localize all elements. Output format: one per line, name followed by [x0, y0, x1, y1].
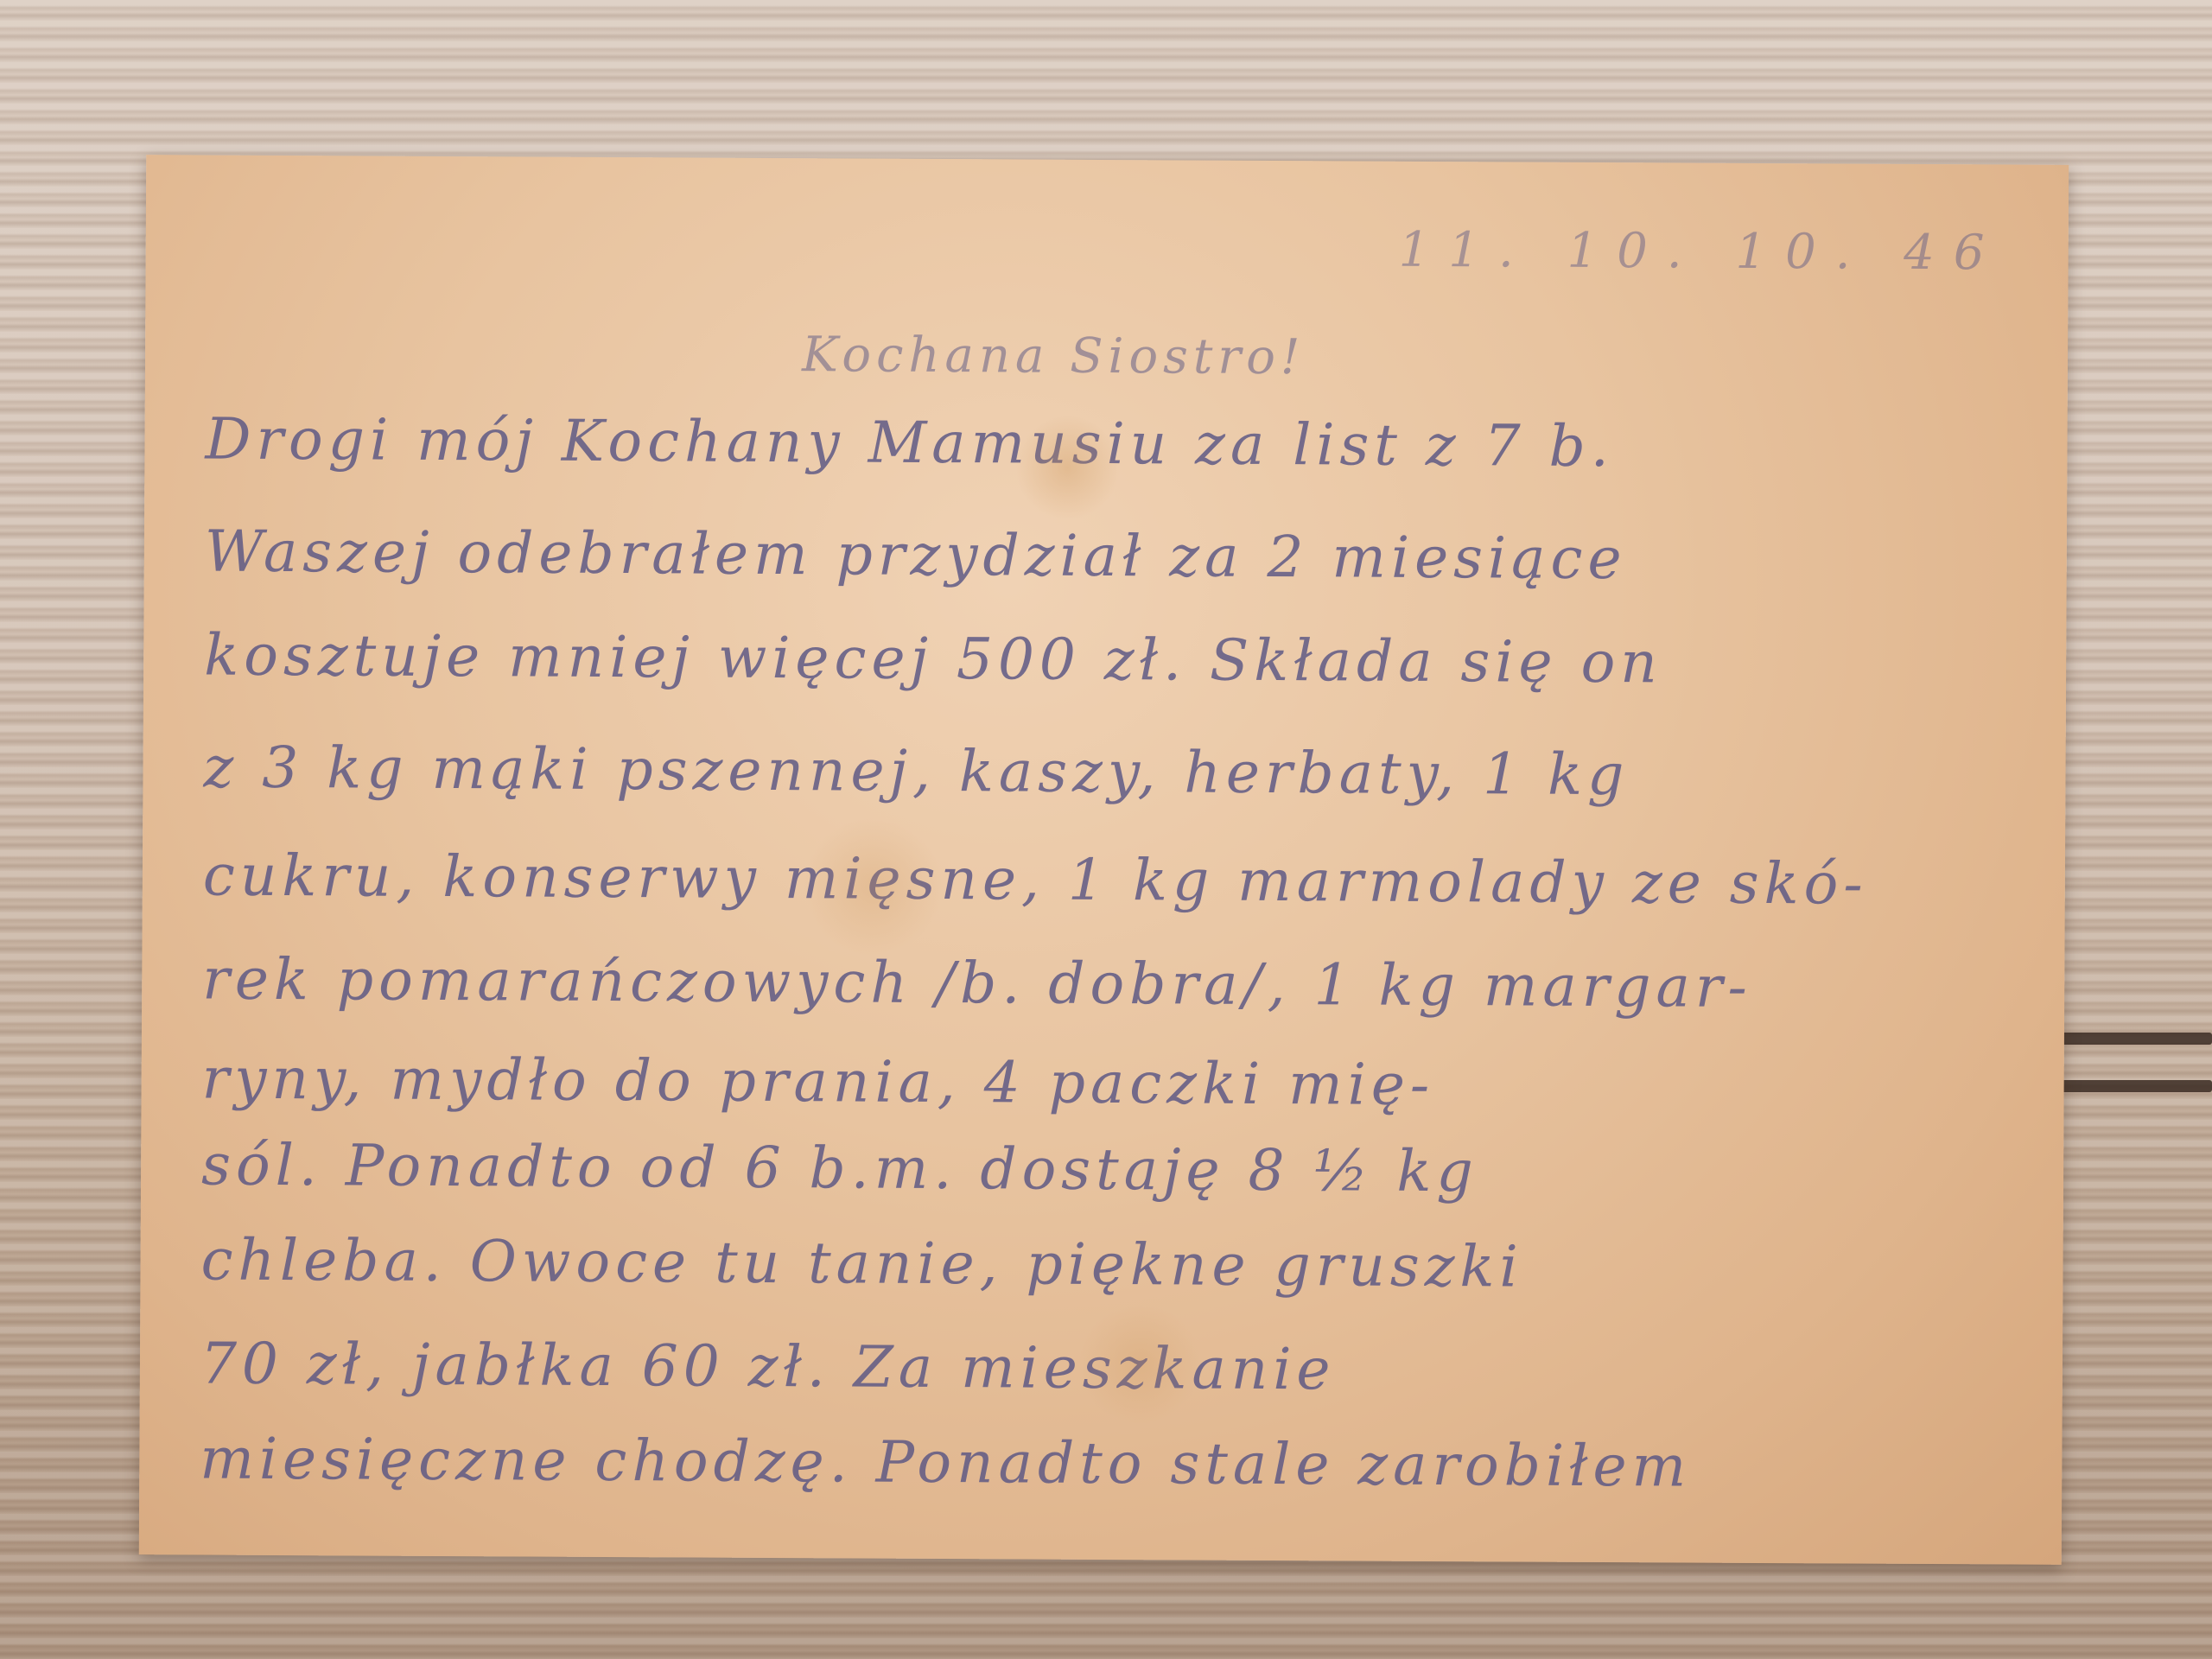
handwritten-line: cukru, konserwy mięsne, 1 kg marmolady z… — [203, 842, 1868, 918]
handwritten-line: Drogi mój Kochany Mamusiu za list z 7 b. — [205, 406, 1614, 480]
handwritten-line: miesięczne chodzę. Ponadto stale zarobił… — [200, 1426, 1691, 1500]
postcard-salutation: Kochana Siostro! — [802, 327, 1306, 385]
handwritten-line: 70 zł, jabłka 60 zł. Za mieszkanie — [200, 1331, 1336, 1403]
handwritten-line: rek pomarańczowych /b. dobra/, 1 kg marg… — [202, 946, 1752, 1020]
handwritten-line: ryny, mydło do prania, 4 paczki mię- — [201, 1046, 1434, 1118]
postcard-date: 11. 10. 10. 46 — [1399, 222, 2004, 282]
handwritten-line: sól. Ponadto od 6 b.m. dostaję 8 ½ kg — [201, 1132, 1478, 1205]
postcard: 11. 10. 10. 46 Kochana Siostro! Drogi mó… — [139, 155, 2069, 1565]
handwritten-line: z 3 kg mąki pszennej, kaszy, herbaty, 1 … — [203, 734, 1629, 809]
wood-plank-gap — [2056, 1080, 2212, 1092]
handwritten-line: kosztuje mniej więcej 500 zł. Składa się… — [204, 622, 1662, 696]
wood-plank-gap — [2056, 1033, 2212, 1045]
handwritten-line: Waszej odebrałem przydział za 2 miesiące — [205, 518, 1627, 593]
handwritten-line: chleba. Owoce tu tanie, piękne gruszki — [200, 1227, 1522, 1300]
